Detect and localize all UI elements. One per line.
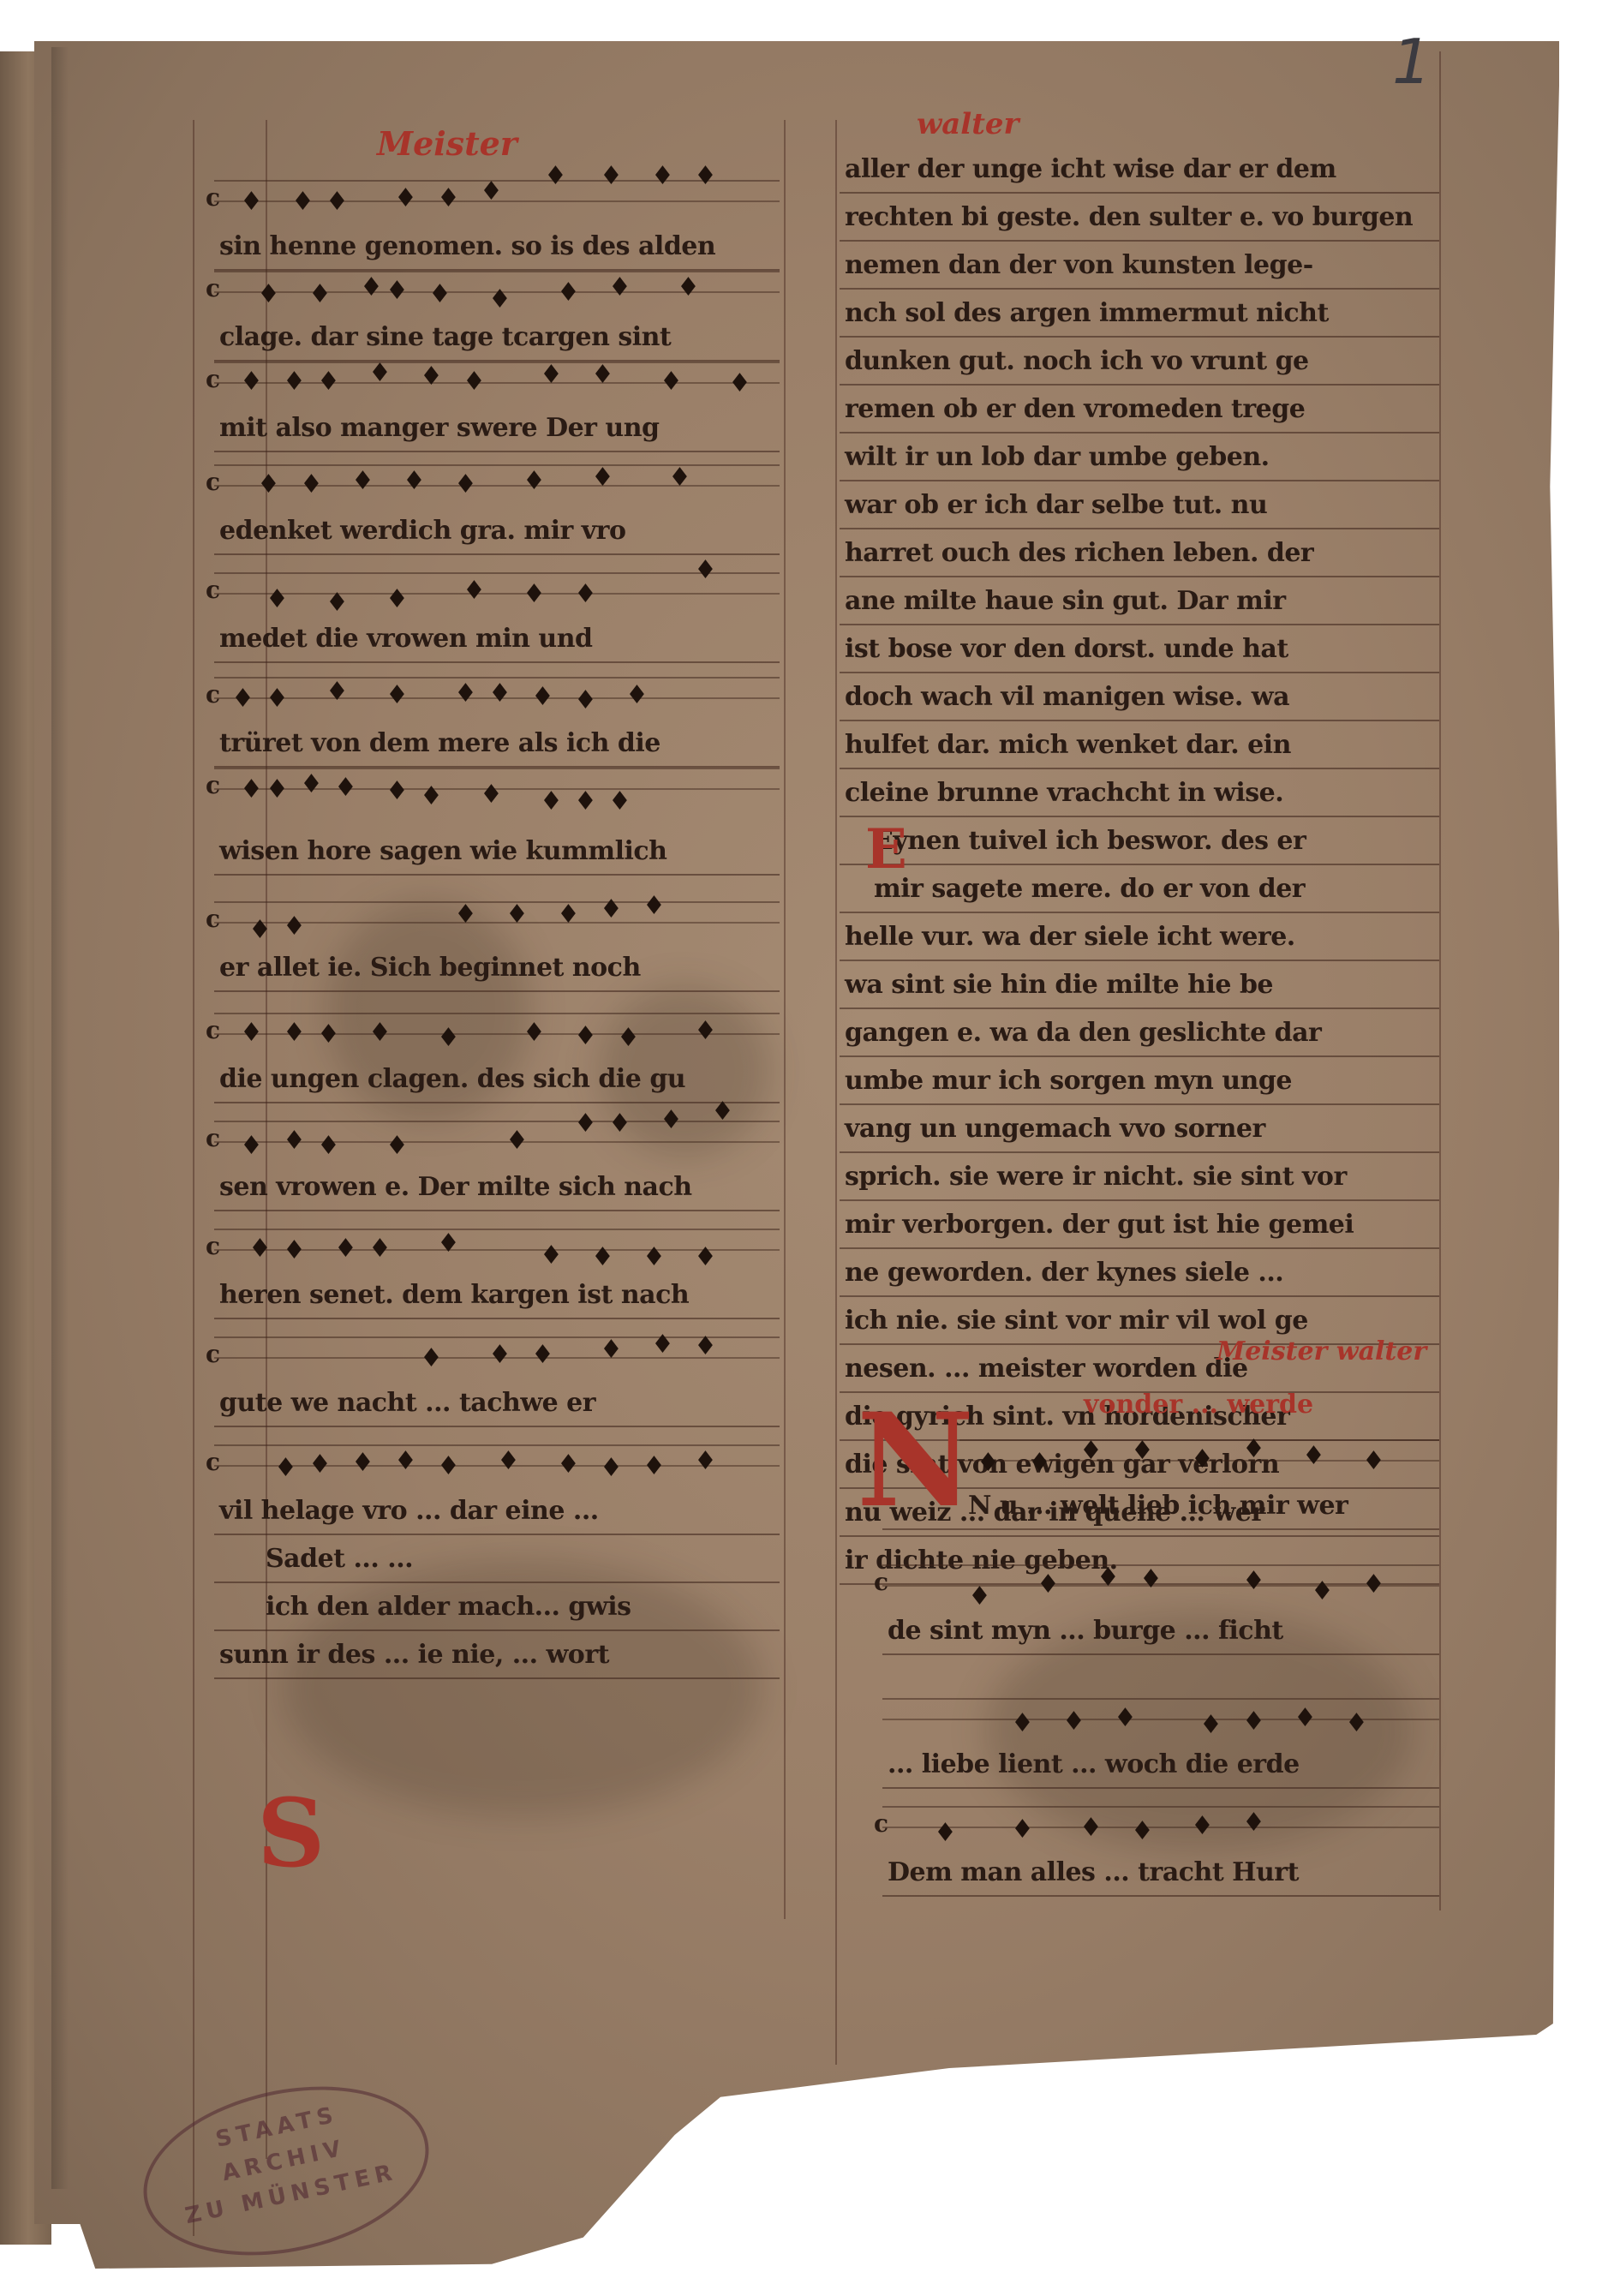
- neume-icon: ♦: [557, 1450, 580, 1480]
- neume-icon: ♦: [317, 1019, 340, 1049]
- text-line: doch wach vil manigen wise. wa: [840, 673, 1439, 721]
- neume-icon: ♦: [625, 680, 649, 710]
- neume-icon: ♦: [1011, 1815, 1034, 1845]
- neume-icon: ♦: [505, 900, 529, 930]
- neume-icon: ♦: [523, 579, 546, 609]
- neume-icon: ♦: [368, 358, 392, 388]
- neume-icon: ♦: [668, 463, 691, 493]
- neume-icon: ♦: [523, 1018, 546, 1048]
- neume-icon: ♦: [643, 1242, 666, 1272]
- neume-icon: ♦: [326, 187, 349, 217]
- neume-icon: ♦: [420, 781, 443, 811]
- music-staff: c ♦♦♦♦♦♦♦: [214, 572, 780, 615]
- text-line: wilt ir un lob dar umbe geben.: [840, 433, 1439, 481]
- neume-icon: ♦: [403, 466, 426, 496]
- neume-icon: ♦: [274, 1453, 297, 1483]
- c-clef-icon: c: [206, 468, 220, 496]
- music-staff: c ♦♦♦♦♦♦♦♦♦♦: [214, 1444, 780, 1487]
- text-line: hulfet dar. mich wenket dar. ein: [840, 721, 1439, 769]
- right-column-music: ♦♦♦♦♦♦♦♦ N u ... welt lieb ich mir wer c…: [882, 1439, 1439, 1897]
- neume-icon: ♦: [608, 786, 631, 816]
- neume-icon: ♦: [574, 579, 597, 609]
- music-staff: c ♦♦♦♦♦♦: [214, 1336, 780, 1379]
- neume-icon: ♦: [300, 469, 323, 499]
- lyric-line: gute we nacht ... tachwe er: [214, 1379, 780, 1427]
- neume-icon: ♦: [523, 466, 546, 496]
- text-line: harret ouch des richen leben. der: [840, 529, 1439, 577]
- music-staff: c ♦♦♦♦♦♦♦♦♦: [214, 1229, 780, 1271]
- folio-number: 1: [1392, 26, 1432, 98]
- text-line: rechten bi geste. den sulter e. vo burge…: [840, 194, 1439, 242]
- neume-icon: ♦: [420, 1343, 443, 1373]
- neume-icon: ♦: [694, 555, 717, 585]
- neume-icon: ♦: [591, 1242, 614, 1272]
- text-line: dunken gut. noch ich vo vrunt ge: [840, 338, 1439, 386]
- neume-icon: ♦: [1302, 1441, 1325, 1471]
- neume-icon: ♦: [1011, 1708, 1034, 1738]
- neume-icon: ♦: [660, 367, 683, 397]
- neume-icon: ♦: [540, 1241, 563, 1271]
- music-staff: c ♦♦♦♦♦♦♦♦♦♦: [214, 768, 780, 810]
- neume-icon: ♦: [591, 463, 614, 493]
- neume-icon: ♦: [1191, 1811, 1214, 1841]
- lyric-text: mit also manger swere Der ung: [219, 413, 660, 443]
- neume-icon: ♦: [600, 1335, 623, 1365]
- neume-icon: ♦: [1114, 1703, 1137, 1733]
- neume-icon: ♦: [394, 183, 417, 213]
- neume-icon: ♦: [257, 279, 280, 309]
- neume-icon: ♦: [240, 1131, 263, 1161]
- rubric-meister-walter: Meister walter: [1216, 1336, 1426, 1366]
- c-clef-icon: c: [206, 183, 220, 212]
- neume-icon: ♦: [677, 272, 700, 302]
- neume-icon: ♦: [480, 176, 503, 206]
- text-line: cleine brunne vrachcht in wise.: [840, 769, 1439, 817]
- ruling-line: [835, 120, 837, 2065]
- neume-icon: ♦: [600, 894, 623, 924]
- rubric-section-title: vonder ... werde: [1084, 1390, 1313, 1420]
- neume-icon: ♦: [934, 1818, 957, 1848]
- neume-icon: ♦: [1037, 1570, 1060, 1599]
- neume-icon: ♦: [977, 1448, 1000, 1478]
- rubric-heading-walter: walter: [917, 107, 1019, 141]
- neume-icon: ♦: [351, 1448, 374, 1478]
- c-clef-icon: c: [206, 365, 220, 393]
- neume-icon: ♦: [300, 769, 323, 799]
- neume-icon: ♦: [1131, 1816, 1154, 1846]
- lyric-line: trüret von dem mere als ich die: [214, 720, 780, 768]
- neume-icon: ♦: [694, 161, 717, 191]
- music-staff: c ♦♦♦♦♦♦♦♦♦♦: [214, 362, 780, 404]
- text-line: sprich. sie were ir nicht. sie sint vor: [840, 1153, 1439, 1201]
- neume-icon: ♦: [557, 900, 580, 930]
- neume-icon: ♦: [694, 1446, 717, 1476]
- neume-icon: ♦: [326, 677, 349, 707]
- neume-icon: ♦: [1097, 1563, 1120, 1593]
- neume-icon: ♦: [1242, 1808, 1265, 1838]
- neume-icon: ♦: [308, 1450, 332, 1480]
- neume-icon: ♦: [1242, 1566, 1265, 1596]
- text-line: mir verborgen. der gut ist hie gemei: [840, 1201, 1439, 1249]
- text-line: ne geworden. der kynes siele ...: [840, 1249, 1439, 1297]
- neume-icon: ♦: [651, 1330, 674, 1360]
- neume-icon: ♦: [531, 1340, 554, 1370]
- neume-icon: ♦: [334, 1234, 357, 1264]
- ruling-line-right: [1439, 51, 1441, 1910]
- neume-icon: ♦: [454, 679, 477, 709]
- neume-icon: ♦: [574, 685, 597, 715]
- lyric-line: ... liebe lient ... woch die erde: [882, 1741, 1439, 1789]
- c-clef-icon: c: [206, 1124, 220, 1152]
- neume-icon: ♦: [437, 1229, 460, 1259]
- text-line: remen ob er den vromeden trege: [840, 386, 1439, 433]
- neume-icon: ♦: [531, 682, 554, 712]
- music-staff: c ♦♦♦♦♦♦♦♦♦: [214, 677, 780, 720]
- neume-icon: ♦: [600, 161, 623, 191]
- c-clef-icon: c: [206, 1232, 220, 1260]
- neume-icon: ♦: [248, 1234, 272, 1264]
- c-clef-icon: c: [206, 771, 220, 799]
- lyric-line: er allet ie. Sich beginnet noch: [214, 944, 780, 992]
- text-line: nemen dan der von kunsten lege-: [840, 242, 1439, 290]
- lyric-line: clage. dar sine tage tcargen sint: [214, 314, 780, 362]
- neume-icon: ♦: [437, 183, 460, 213]
- c-clef-icon: c: [206, 576, 220, 604]
- neume-icon: ♦: [454, 900, 477, 930]
- text-line: ane milte haue sin gut. Dar mir: [840, 577, 1439, 625]
- text-line: gangen e. wa da den geslichte dar: [840, 1009, 1439, 1057]
- music-staff: c ♦♦♦♦♦♦♦♦: [214, 464, 780, 507]
- text-line: war ob er ich dar selbe tut. nu: [840, 481, 1439, 529]
- neume-icon: ♦: [1191, 1444, 1214, 1474]
- neume-icon: ♦: [1062, 1707, 1085, 1737]
- lyric-line: mit also manger swere Der ung: [214, 404, 780, 452]
- neume-icon: ♦: [454, 469, 477, 499]
- neume-icon: ♦: [1079, 1436, 1103, 1466]
- neume-icon: ♦: [1362, 1446, 1385, 1476]
- neume-icon: ♦: [480, 780, 503, 810]
- c-clef-icon: c: [874, 1809, 888, 1838]
- lyric-line: N u ... welt lieb ich mir wer: [882, 1482, 1439, 1530]
- left-column: c ♦♦♦♦♦♦♦♦♦♦ sin henne genomen. so is de…: [214, 180, 780, 1679]
- lyric-line: vil helage vro ... dar eine ...: [214, 1487, 780, 1535]
- text-line: vang un ungemach vvo sorner: [840, 1105, 1439, 1153]
- music-staff: c ♦♦♦♦♦♦♦♦♦: [214, 271, 780, 314]
- neume-icon: ♦: [317, 1131, 340, 1161]
- lyric-line: medet die vrowen min und: [214, 615, 780, 663]
- neume-icon: ♦: [1199, 1710, 1222, 1740]
- neume-icon: ♦: [437, 1451, 460, 1481]
- neume-icon: ♦: [1294, 1703, 1317, 1733]
- text-line: Eynen tuivel ich beswor. des er: [840, 817, 1439, 865]
- music-staff: c ♦♦♦♦♦♦: [882, 1806, 1439, 1849]
- neume-icon: ♦: [283, 1235, 306, 1265]
- neume-icon: ♦: [386, 1131, 409, 1161]
- text-line: wa sint sie hin die milte hie be: [840, 961, 1439, 1009]
- neume-icon: ♦: [283, 912, 306, 942]
- c-clef-icon: c: [206, 1340, 220, 1368]
- c-clef-icon: c: [874, 1568, 888, 1596]
- text-line: mir sagete mere. do er von der: [840, 865, 1439, 913]
- neume-icon: ♦: [386, 680, 409, 710]
- neume-icon: ♦: [283, 1018, 306, 1048]
- neume-icon: ♦: [497, 1446, 520, 1476]
- neume-icon: ♦: [266, 584, 289, 614]
- neume-icon: ♦: [643, 1451, 666, 1481]
- neume-icon: ♦: [240, 187, 263, 217]
- neume-icon: ♦: [291, 187, 314, 217]
- neume-icon: ♦: [540, 786, 563, 816]
- neume-icon: ♦: [651, 161, 674, 191]
- neume-icon: ♦: [386, 776, 409, 806]
- music-staff: ♦♦♦♦♦♦♦♦: [959, 1439, 1439, 1482]
- neume-icon: ♦: [608, 272, 631, 302]
- neume-icon: ♦: [463, 367, 486, 397]
- neume-icon: ♦: [694, 1242, 717, 1272]
- neume-icon: ♦: [608, 1109, 631, 1139]
- neume-icon: ♦: [488, 1340, 511, 1370]
- neume-icon: ♦: [1311, 1576, 1334, 1606]
- neume-icon: ♦: [334, 773, 357, 803]
- neume-icon: ♦: [544, 161, 567, 191]
- lyric-line: Dem man alles ... tracht Hurt: [882, 1849, 1439, 1897]
- music-staff: c ♦♦♦♦♦♦♦♦♦♦: [214, 180, 780, 223]
- neume-icon: ♦: [240, 367, 263, 397]
- neume-icon: ♦: [386, 276, 409, 306]
- neume-icon: ♦: [711, 1097, 734, 1127]
- lyric-line: heren senet. dem kargen ist nach: [214, 1271, 780, 1319]
- neume-icon: ♦: [694, 1331, 717, 1361]
- neume-icon: ♦: [240, 1018, 263, 1048]
- lyric-line: sin henne genomen. so is des alden: [214, 223, 780, 271]
- neume-icon: ♦: [266, 684, 289, 714]
- text-line: nch sol des argen immermut nicht: [840, 290, 1439, 338]
- text-line: ist bose vor den dorst. unde hat: [840, 625, 1439, 673]
- neume-icon: ♦: [1345, 1708, 1368, 1738]
- neume-icon: ♦: [1139, 1564, 1163, 1594]
- neume-icon: ♦: [266, 774, 289, 804]
- neume-icon: ♦: [283, 367, 306, 397]
- rubric-heading-meister: Meister: [377, 124, 517, 163]
- music-staff: ♦♦♦♦♦♦♦: [882, 1698, 1439, 1741]
- neume-icon: ♦: [386, 584, 409, 614]
- neume-icon: ♦: [360, 272, 383, 302]
- neume-icon: ♦: [1362, 1570, 1385, 1599]
- neume-icon: ♦: [505, 1126, 529, 1156]
- lyric-line: wisen hore sagen wie kummlich: [214, 828, 780, 876]
- neume-icon: ♦: [1079, 1813, 1103, 1843]
- neume-icon: ♦: [231, 684, 254, 714]
- text-line: umbe mur ich sorgen myn unge: [840, 1057, 1439, 1105]
- neume-icon: ♦: [420, 362, 443, 392]
- neume-icon: ♦: [308, 279, 332, 309]
- neume-icon: ♦: [283, 1126, 306, 1156]
- lyric-line: de sint myn ... burge ... ficht: [882, 1607, 1439, 1655]
- neume-icon: ♦: [660, 1105, 683, 1135]
- neume-icon: ♦: [463, 576, 486, 606]
- neume-icon: ♦: [1131, 1436, 1154, 1466]
- ruling-line: [784, 120, 786, 1919]
- neume-icon: ♦: [694, 1016, 717, 1046]
- neume-icon: ♦: [317, 367, 340, 397]
- c-clef-icon: c: [206, 905, 220, 933]
- neume-icon: ♦: [591, 360, 614, 390]
- neume-icon: ♦: [1242, 1434, 1265, 1464]
- text-line: aller der unge icht wise dar er dem: [840, 146, 1439, 194]
- neume-icon: ♦: [488, 284, 511, 314]
- neume-icon: ♦: [240, 774, 263, 804]
- neume-icon: ♦: [394, 1446, 417, 1476]
- neume-icon: ♦: [257, 469, 280, 499]
- music-staff: c ♦♦♦♦♦♦♦♦♦: [214, 1013, 780, 1055]
- neume-icon: ♦: [326, 588, 349, 618]
- neume-icon: ♦: [488, 679, 511, 709]
- initial-letter-E: E: [865, 822, 907, 877]
- neume-icon: ♦: [1242, 1707, 1265, 1737]
- neume-icon: ♦: [557, 278, 580, 308]
- neume-icon: ♦: [728, 368, 751, 398]
- music-staff: c ♦♦♦♦♦♦♦: [214, 901, 780, 944]
- neume-icon: ♦: [643, 891, 666, 921]
- spine-fold-shadow: [51, 47, 69, 2189]
- c-clef-icon: c: [206, 680, 220, 709]
- neume-icon: ♦: [540, 360, 563, 390]
- neume-icon: ♦: [617, 1023, 640, 1053]
- neume-icon: ♦: [574, 1109, 597, 1139]
- right-column: aller der unge icht wise dar er dem rech…: [840, 146, 1439, 1585]
- neume-icon: ♦: [437, 1023, 460, 1053]
- text-line: sunn ir des ... ie nie, ... wort: [214, 1631, 780, 1679]
- music-staff: c ♦♦♦♦♦♦♦: [882, 1564, 1439, 1607]
- lyric-line: die ungen clagen. des sich die gu: [214, 1055, 780, 1103]
- neume-icon: ♦: [368, 1018, 392, 1048]
- neume-icon: ♦: [1028, 1448, 1051, 1478]
- neume-icon: ♦: [368, 1234, 392, 1264]
- neume-icon: ♦: [351, 466, 374, 496]
- c-clef-icon: c: [206, 274, 220, 302]
- neume-icon: ♦: [574, 786, 597, 816]
- text-line: Sadet ... ...: [214, 1535, 780, 1583]
- text-line: ich den alder mach... gwis: [214, 1583, 780, 1631]
- neume-icon: ♦: [600, 1453, 623, 1483]
- neume-icon: ♦: [574, 1021, 597, 1051]
- ruling-line-left: [193, 120, 194, 2236]
- lyric-line: sen vrowen e. Der milte sich nach: [214, 1163, 780, 1211]
- neume-icon: ♦: [248, 915, 272, 945]
- music-staff: c ♦♦♦♦♦♦♦♦♦: [214, 1121, 780, 1163]
- text-line: helle vur. wa der siele icht were.: [840, 913, 1439, 961]
- initial-letter-S: S: [257, 1786, 325, 1880]
- lyric-line: edenket werdich gra. mir vro: [214, 507, 780, 555]
- c-clef-icon: c: [206, 1448, 220, 1476]
- c-clef-icon: c: [206, 1016, 220, 1044]
- neume-icon: ♦: [428, 279, 451, 309]
